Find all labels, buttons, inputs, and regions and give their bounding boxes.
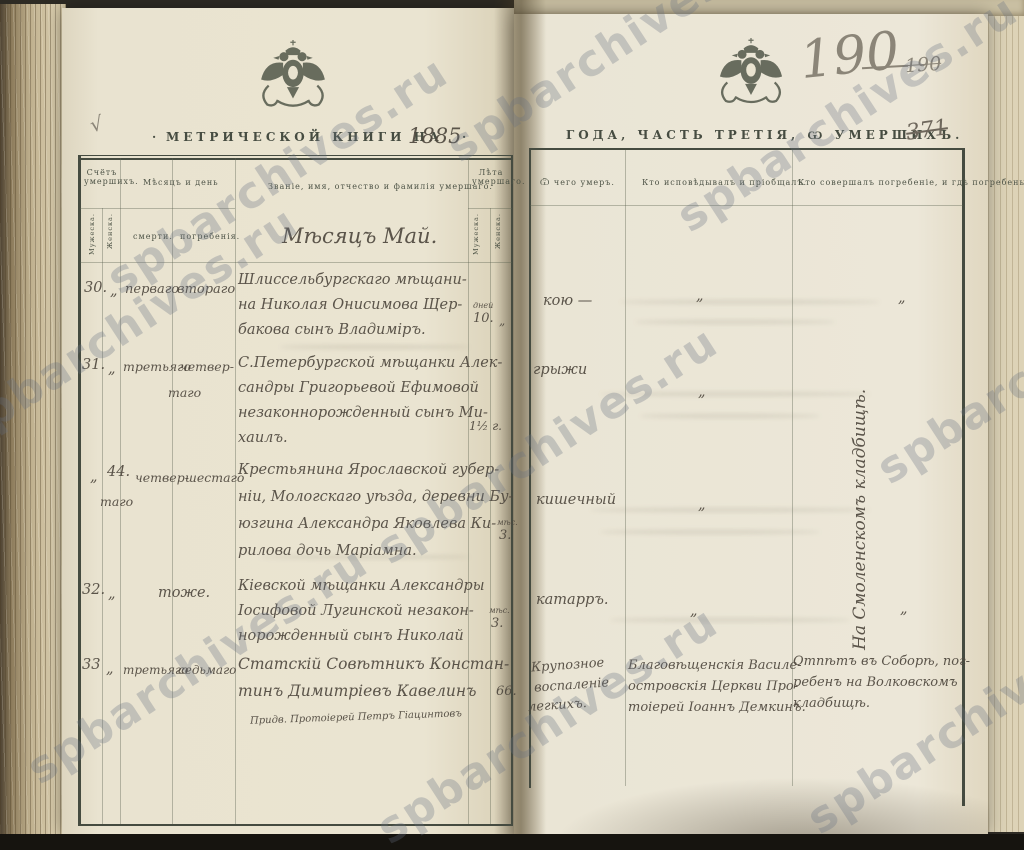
entry-text-line: Шлиссельбургскаго мѣщани-: [238, 272, 467, 288]
entry-text-line: юзгина Александра Яковлева Ки-: [238, 516, 496, 532]
age-value: 66.: [496, 684, 517, 699]
col-header-count-female: Женска.: [106, 213, 114, 249]
bleed-through: [590, 508, 870, 512]
death-date-cont: таго: [100, 494, 133, 509]
bleed-through: [600, 392, 870, 396]
col-header-date-burial: погребенія.: [180, 232, 240, 241]
entry-text-line: Крестьянина Ярославской губер-: [238, 462, 499, 478]
bleed-through: [610, 618, 850, 622]
col-header-cause: Ѿ чего умеръ.: [540, 178, 615, 187]
pencil-folio-number-small: 190: [904, 53, 942, 77]
row-number: 31.: [82, 357, 105, 373]
col-header-age-male: Мужеска.: [472, 213, 480, 255]
bleed-through: [260, 555, 470, 559]
bleed-through: [640, 414, 820, 418]
burial-date-cont: таго: [168, 385, 201, 400]
table-rule: [80, 262, 512, 263]
burial-date: шестаго: [185, 470, 244, 485]
death-date: тоже.: [158, 585, 210, 601]
book-binding-edge: [0, 4, 66, 846]
cause-of-death: кишечный: [536, 492, 616, 508]
table-rule: [80, 208, 235, 209]
col-header-count-male: Мужеска.: [88, 213, 96, 255]
cause-of-death: кою —: [543, 293, 592, 309]
entry-text-line: сандры Григорьевой Ефимовой: [238, 380, 479, 396]
archival-scan: √ · МЕТРИЧЕСКОЙ КНИГИ НА 1885 · Счётъ ум…: [0, 0, 1024, 850]
vertical-cemetery-note: На Смоленскомъ кладбищѣ.: [850, 205, 870, 650]
confessor-line: островскія Церкви Про-: [628, 679, 798, 694]
row-number: 32.: [82, 582, 105, 598]
left-page-title: МЕТРИЧЕСКОЙ КНИГИ НА: [166, 130, 443, 144]
col-header-person: Званіе, имя, отчество и фамилія умершаго…: [268, 182, 493, 191]
left-page-title-year: 1885: [408, 124, 461, 148]
entry-text-line: бакова сынъ Владиміръ.: [238, 322, 426, 338]
burial-date: четвер-: [180, 359, 234, 374]
cause-of-death: катарръ.: [536, 592, 609, 608]
ornament-dot: ·: [152, 130, 160, 144]
scan-background-bottom: [0, 834, 1024, 850]
entry-text-line: Іосифовой Лугинской незакон-: [238, 603, 474, 619]
table-rule: [529, 148, 531, 788]
col-header-age-female: Женска.: [494, 213, 502, 249]
age-value: 3.: [491, 616, 503, 631]
right-page-title: ГОДА, ЧАСТЬ ТРЕТІЯ, Ѡ УМЕРШИХЪ.: [566, 128, 963, 143]
bleed-through: [280, 345, 470, 349]
imperial-eagle-emblem: [254, 40, 332, 122]
table-rule: [80, 158, 512, 160]
table-rule: [80, 155, 512, 156]
age-unit: дней: [473, 301, 493, 310]
entry-text-line: С.Петербургской мѣщанки Алек-: [238, 355, 502, 371]
ditto-mark: „: [690, 603, 698, 619]
table-rule: [530, 205, 963, 206]
imperial-eagle-emblem: [714, 38, 788, 118]
bleed-through: [600, 530, 820, 534]
col-header-date: Мѣсяцъ и день: [143, 178, 219, 187]
age-value: 3.: [499, 528, 511, 543]
page-stack-right-edge: [988, 16, 1024, 832]
bleed-through: [635, 320, 835, 324]
confessor-line: Благовѣщенскія Василе-: [628, 658, 802, 673]
row-number: 33: [82, 657, 100, 673]
table-rule: [962, 148, 965, 806]
col-header-confessor: Кто исповѣдывалъ и пріобщалъ.: [642, 178, 807, 187]
col-header-count: Счётъ умершихъ.: [84, 168, 120, 186]
col-header-burial: Кто совершалъ погребеніе, и гдѣ погребен…: [798, 178, 1024, 187]
age-unit: мѣс.: [489, 606, 510, 615]
confessor-line: тоіерей Іоаннъ Демкинъ.: [628, 700, 806, 715]
burial-date: седьмаго: [178, 663, 236, 677]
table-rule: [625, 150, 626, 786]
ditto-mark: „: [110, 283, 118, 299]
ditto-mark: „: [90, 469, 98, 485]
age-unit: мѣс.: [497, 518, 518, 527]
death-date: перваго: [125, 282, 179, 297]
burial-note-line: кладбищѣ.: [793, 696, 870, 711]
ditto-mark: „: [900, 601, 908, 617]
month-heading: Мѣсяцъ Май.: [282, 224, 437, 248]
cause-of-death: грыжи: [533, 362, 587, 378]
entry-text-line: Кіевской мѣщанки Александры: [238, 578, 485, 594]
burial-date: втораго: [177, 282, 235, 297]
entry-text-line: тинъ Димитріевъ Кавелинъ: [238, 682, 476, 700]
pencil-folio-number-large: 190: [797, 21, 902, 91]
row-number: 30.: [84, 280, 107, 296]
col-header-date-death: смерти.: [133, 232, 173, 241]
bleed-through: [620, 300, 880, 304]
ornament-dot: ·: [462, 130, 470, 144]
age-value: 10.: [473, 311, 494, 326]
col-header-age: Лѣта умершаго.: [472, 168, 510, 186]
table-rule: [78, 155, 81, 826]
table-rule: [468, 208, 512, 209]
table-rule: [235, 158, 236, 824]
death-date: четвер-: [135, 470, 189, 485]
ditto-mark: „: [898, 290, 906, 306]
table-rule: [80, 824, 512, 826]
entry-text-line: ніи, Мологскаго уѣзда, деревни Бу-: [238, 489, 513, 505]
entry-text-line: хаилъ.: [238, 430, 288, 446]
burial-note-line: ребенъ на Волковскомъ: [793, 675, 958, 690]
table-rule: [530, 148, 965, 150]
entry-text-line: Статскій Совѣтникъ Констан-: [238, 655, 509, 673]
entry-text-line: норожденный сынъ Николай: [238, 628, 464, 644]
ditto-mark: „: [499, 314, 505, 328]
row-number: 44.: [107, 464, 130, 480]
table-rule: [172, 158, 173, 824]
entry-text-line: на Николая Онисимова Щер-: [238, 297, 462, 313]
entry-text-line: незаконнорожденный сынъ Ми-: [238, 405, 488, 421]
ditto-mark: „: [108, 361, 116, 377]
table-rule: [120, 158, 121, 824]
ditto-mark: „: [106, 661, 114, 677]
page-curl-shadow: [520, 768, 990, 838]
age-value: 1½ г.: [469, 419, 502, 433]
ditto-mark: „: [108, 586, 116, 602]
table-rule: [102, 208, 103, 824]
burial-note-line: Отпѣтъ въ Соборѣ, пог-: [793, 654, 970, 669]
